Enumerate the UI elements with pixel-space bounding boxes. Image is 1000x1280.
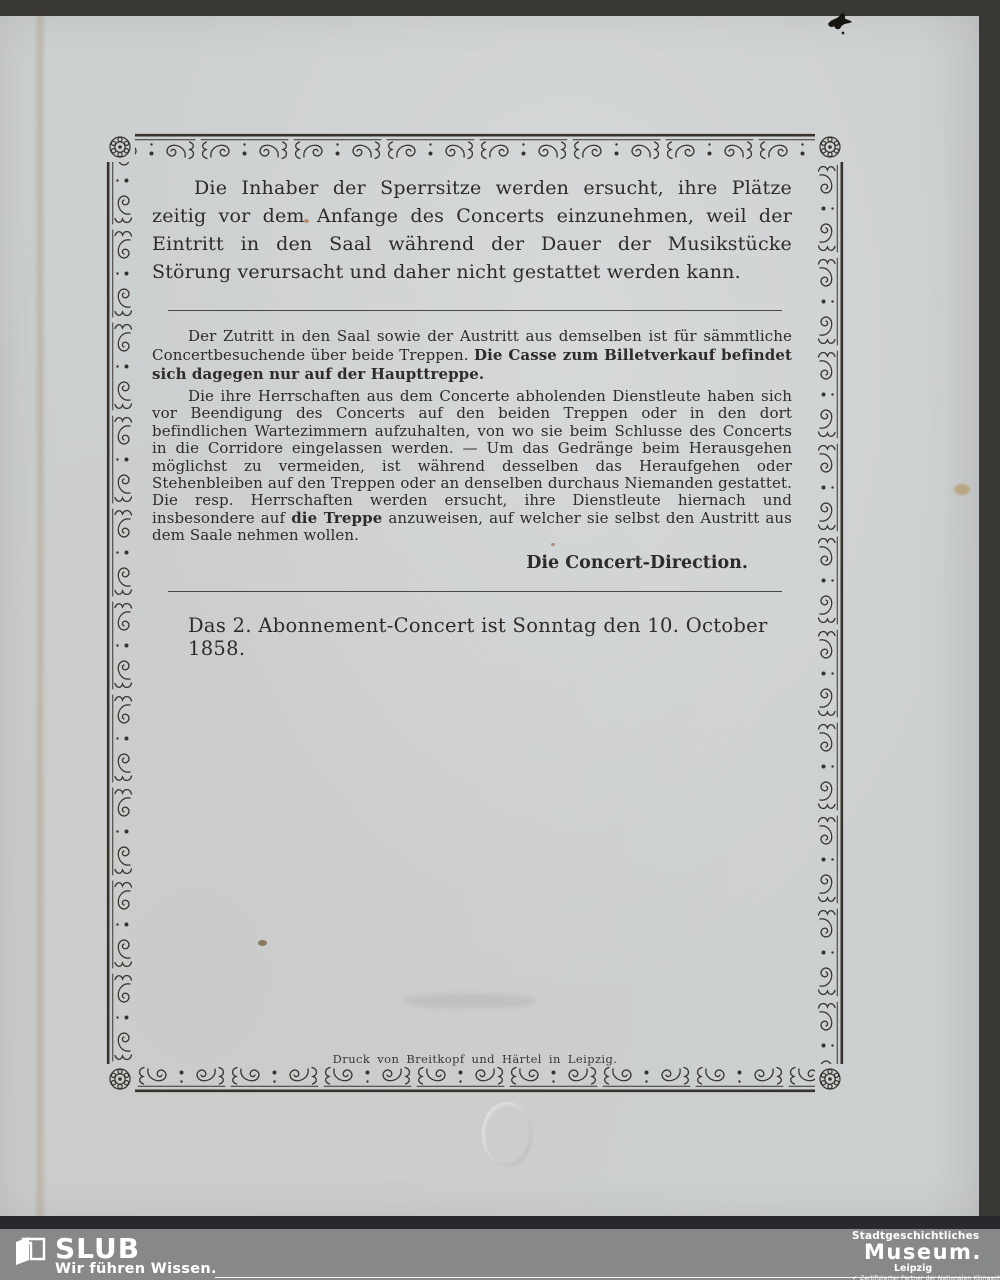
scanned-document-page: Die Inhaber der Sperrsitze werden ersuch… bbox=[0, 16, 979, 1216]
separator-rule-bottom bbox=[168, 591, 782, 592]
paper-stain bbox=[954, 484, 970, 495]
access-paragraph: Der Zutritt in den Saal sowie der Austri… bbox=[152, 327, 792, 384]
servants-paragraph: Die ihre Herrschaften aus dem Concerte a… bbox=[152, 388, 792, 545]
museum-badge-certification: ✓ Zertifizierter Partner der Nationalen … bbox=[852, 1275, 994, 1280]
ink-stain bbox=[822, 10, 860, 44]
slub-slogan: Wir führen Wissen. bbox=[55, 1261, 217, 1277]
paper-stain bbox=[551, 543, 555, 546]
certification-text: Zertifizierter Partner der Nationalen Kl… bbox=[860, 1275, 1000, 1280]
main-notice-paragraph: Die Inhaber der Sperrsitze werden ersuch… bbox=[152, 174, 792, 286]
check-icon: ✓ bbox=[852, 1274, 858, 1280]
museum-badge-name: Museum. bbox=[864, 1242, 994, 1263]
servants-bold-text: die Treppe bbox=[291, 509, 382, 527]
signature-line: Die Concert-Direction. bbox=[152, 553, 792, 573]
servants-text-1: Die ihre Herrschaften aus dem Concerte a… bbox=[152, 387, 792, 527]
document-text-block: Die Inhaber der Sperrsitze werden ersuch… bbox=[152, 174, 792, 660]
paper-fold-crease bbox=[34, 16, 46, 1216]
next-concert-announcement: Das 2. Abonnement-Concert ist Sonntag de… bbox=[188, 614, 792, 660]
printer-imprint: Druck von Breitkopf und Härtel in Leipzi… bbox=[105, 1052, 845, 1066]
partner-museum-badge: Stadtgeschichtliches Museum. Leipzig ✓ Z… bbox=[852, 1231, 994, 1280]
slub-footer-bar: SLUB Wir führen Wissen. Stadtgeschichtli… bbox=[0, 1229, 1000, 1280]
embossed-blind-stamp bbox=[482, 1102, 532, 1166]
scan-viewport: { "colors": { "paper": "#cdd0d1", "ink":… bbox=[0, 0, 1000, 1280]
ink-bleedthrough-smudge bbox=[405, 994, 535, 1008]
separator-rule-top bbox=[168, 310, 782, 311]
paper-stain bbox=[304, 219, 309, 223]
scan-gutter-strip bbox=[0, 1216, 1000, 1229]
paper-stain bbox=[258, 940, 267, 946]
museum-badge-city: Leipzig bbox=[894, 1264, 994, 1274]
slub-book-icon bbox=[14, 1235, 46, 1265]
